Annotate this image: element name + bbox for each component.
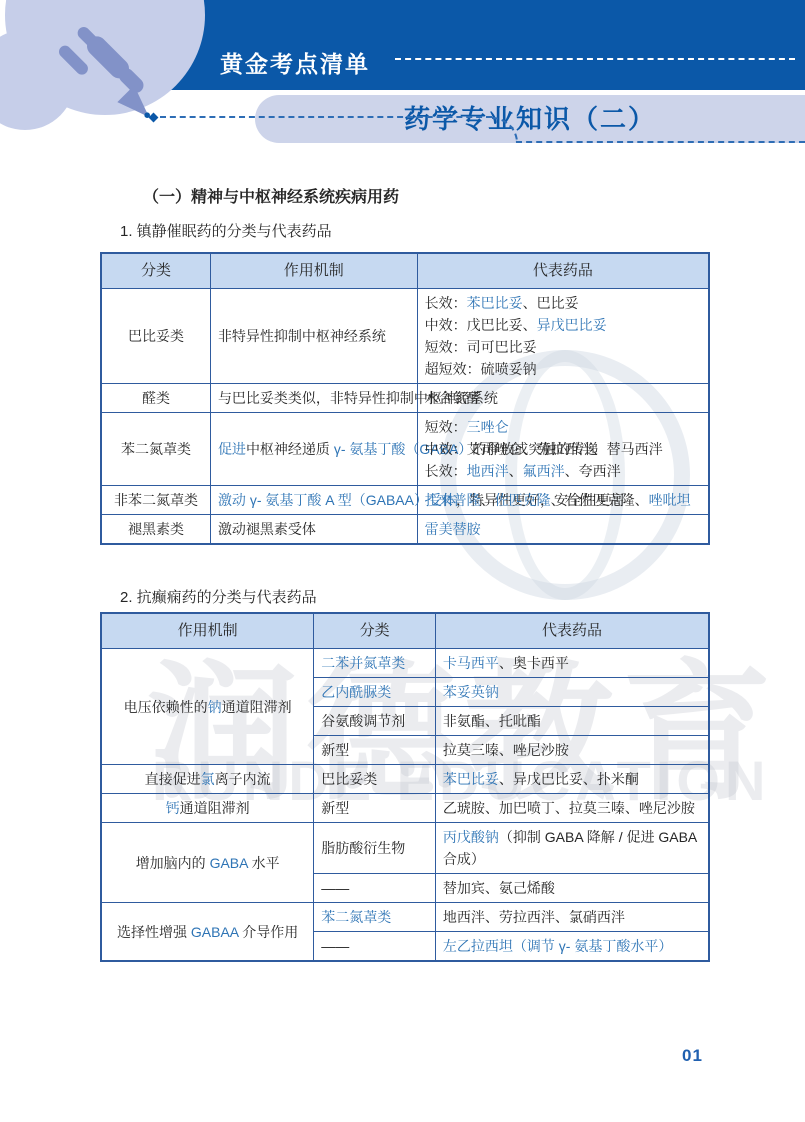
- table-cell: 水合氯醛: [417, 384, 709, 413]
- table-cell: 促进中枢神经递质 γ- 氨基丁酸（GABA）的释放或突触的传递: [210, 413, 417, 486]
- table-cell: 钙通道阻滞剂: [101, 794, 314, 823]
- table-row: 醛类与巴比妥类类似，非特异性抑制中枢神经系统水合氯醛: [101, 384, 709, 413]
- table-cell: 卡马西平、奥卡西平: [435, 649, 709, 678]
- pen-icon: [52, 20, 164, 132]
- sedative-hypnotics-table: 分类作用机制代表药品巴比妥类非特异性抑制中枢神经系统长效：苯巴比妥、巴比妥中效：…: [100, 252, 710, 545]
- table-cell: 非苯二氮䓬类: [101, 486, 210, 515]
- table-cell: 苯巴比妥、异戊巴比妥、扑米酮: [435, 765, 709, 794]
- table-header-row: 作用机制分类代表药品: [101, 613, 709, 649]
- table-cell: 激动褪黑素受体: [210, 515, 417, 545]
- column-header: 作用机制: [101, 613, 314, 649]
- antiepileptics-table: 作用机制分类代表药品电压依赖性的钠通道阻滞剂二苯并氮䓬类卡马西平、奥卡西平乙内酰…: [100, 612, 710, 962]
- table-header-row: 分类作用机制代表药品: [101, 253, 709, 289]
- banner-dashed-line: [395, 58, 795, 60]
- table-cell: 扎来普隆、佐匹克隆、右佐匹克隆、唑吡坦: [417, 486, 709, 515]
- column-header: 代表药品: [417, 253, 709, 289]
- table-cell: 增加脑内的 GABA 水平: [101, 823, 314, 903]
- table-row: 褪黑素类激动褪黑素受体雷美替胺: [101, 515, 709, 545]
- table-cell: 醛类: [101, 384, 210, 413]
- table-cell: 地西泮、劳拉西泮、氯硝西泮: [435, 903, 709, 932]
- table-cell: 直接促进氯离子内流: [101, 765, 314, 794]
- page-title: 药学专业知识（二）: [255, 95, 805, 143]
- table-cell: 非氨酯、托吡酯: [435, 707, 709, 736]
- table-cell: 拉莫三嗪、唑尼沙胺: [435, 736, 709, 765]
- table-cell: 谷氨酸调节剂: [314, 707, 436, 736]
- table-row: 电压依赖性的钠通道阻滞剂二苯并氮䓬类卡马西平、奥卡西平: [101, 649, 709, 678]
- table-cell: 雷美替胺: [417, 515, 709, 545]
- table-cell: 褪黑素类: [101, 515, 210, 545]
- table-row: 选择性增强 GABAA 介导作用苯二氮䓬类地西泮、劳拉西泮、氯硝西泮: [101, 903, 709, 932]
- column-header: 分类: [314, 613, 436, 649]
- table-row: 苯二氮䓬类促进中枢神经递质 γ- 氨基丁酸（GABA）的释放或突触的传递短效：三…: [101, 413, 709, 486]
- column-header: 代表药品: [435, 613, 709, 649]
- table-cell: ——: [314, 874, 436, 903]
- document-page: 润德教育 RUNDE EDUCATION 黄金考点清单 药学专业知识（二） （一…: [0, 0, 805, 1122]
- table-cell: 左乙拉西坦（调节 γ- 氨基丁酸水平）: [435, 932, 709, 962]
- table-cell: 巴比妥类: [314, 765, 436, 794]
- table-row: 直接促进氯离子内流巴比妥类苯巴比妥、异戊巴比妥、扑米酮: [101, 765, 709, 794]
- column-header: 作用机制: [210, 253, 417, 289]
- table-cell: 新型: [314, 736, 436, 765]
- table-cell: 短效：三唑仑中效：艾司唑仑、劳拉西泮、替马西泮长效：地西泮、氟西泮、夸西泮: [417, 413, 709, 486]
- table-row: 增加脑内的 GABA 水平脂肪酸衍生物丙戊酸钠（抑制 GABA 降解 / 促进 …: [101, 823, 709, 874]
- table-cell: 乙内酰脲类: [314, 678, 436, 707]
- table-1-caption: 1. 镇静催眠药的分类与代表药品: [120, 220, 332, 241]
- table-cell: 激动 γ- 氨基丁酸 A 型（GABAA）受体，特异性更好，安全性更高: [210, 486, 417, 515]
- column-header: 分类: [101, 253, 210, 289]
- table-row: 巴比妥类非特异性抑制中枢神经系统长效：苯巴比妥、巴比妥中效：戊巴比妥、异戊巴比妥…: [101, 289, 709, 384]
- connector-dashed-line: [160, 116, 492, 118]
- table-cell: 与巴比妥类类似，非特异性抑制中枢神经系统: [210, 384, 417, 413]
- section-heading: （一）精神与中枢神经系统疾病用药: [143, 184, 399, 207]
- table-cell: 电压依赖性的钠通道阻滞剂: [101, 649, 314, 765]
- table-cell: 苯妥英钠: [435, 678, 709, 707]
- table-cell: 苯二氮䓬类: [101, 413, 210, 486]
- table-cell: 非特异性抑制中枢神经系统: [210, 289, 417, 384]
- table-cell: 长效：苯巴比妥、巴比妥中效：戊巴比妥、异戊巴比妥短效：司可巴比妥超短效：硫喷妥钠: [417, 289, 709, 384]
- table-row: 非苯二氮䓬类激动 γ- 氨基丁酸 A 型（GABAA）受体，特异性更好，安全性更…: [101, 486, 709, 515]
- subbanner-dashed-line: [516, 141, 805, 143]
- table-cell: ——: [314, 932, 436, 962]
- table-cell: 脂肪酸衍生物: [314, 823, 436, 874]
- table-cell: 乙琥胺、加巴喷丁、拉莫三嗪、唑尼沙胺: [435, 794, 709, 823]
- table-cell: 巴比妥类: [101, 289, 210, 384]
- table-cell: 替加宾、氨己烯酸: [435, 874, 709, 903]
- table-row: 钙通道阻滞剂新型乙琥胺、加巴喷丁、拉莫三嗪、唑尼沙胺: [101, 794, 709, 823]
- page-number: 01: [682, 1046, 703, 1066]
- table-cell: 选择性增强 GABAA 介导作用: [101, 903, 314, 962]
- table-cell: 新型: [314, 794, 436, 823]
- table-cell: 二苯并氮䓬类: [314, 649, 436, 678]
- top-banner: [112, 0, 805, 90]
- table-2-caption: 2. 抗癫痫药的分类与代表药品: [120, 586, 317, 607]
- table-cell: 苯二氮䓬类: [314, 903, 436, 932]
- table-cell: 丙戊酸钠（抑制 GABA 降解 / 促进 GABA 合成）: [435, 823, 709, 874]
- badge-title: 黄金考点清单: [220, 46, 370, 79]
